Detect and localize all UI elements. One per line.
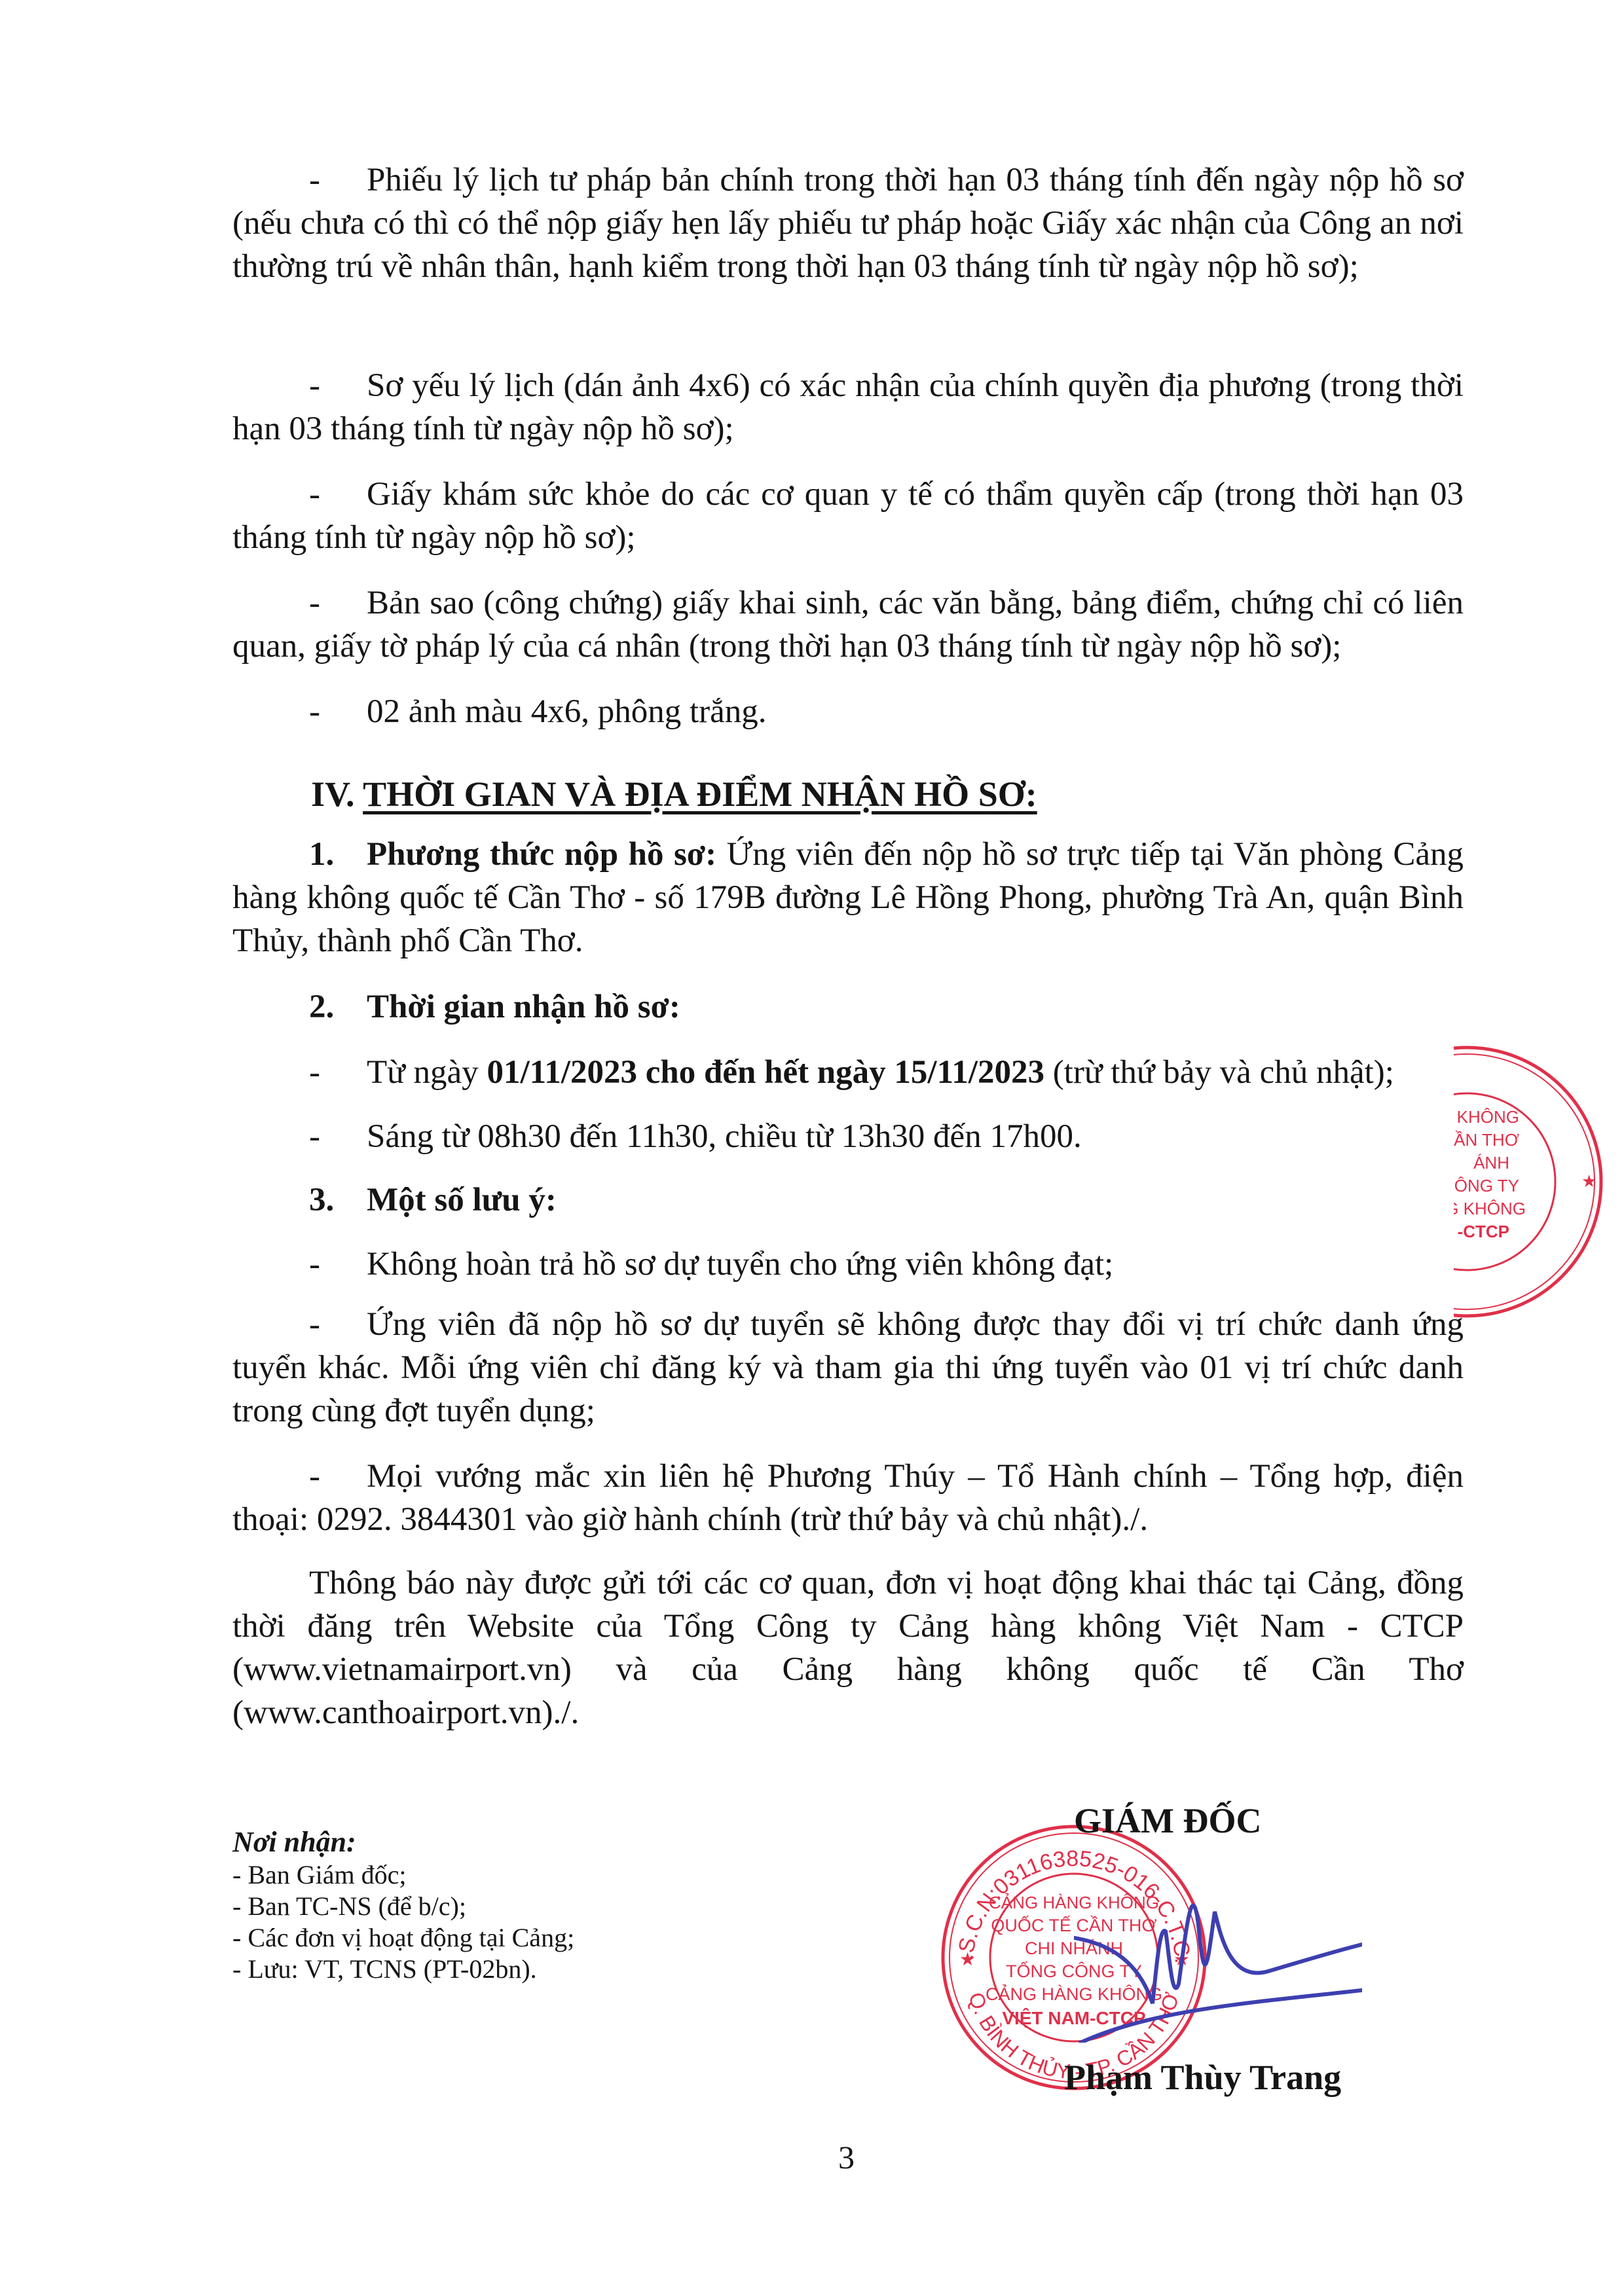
recipient-item: Ban Giám đốc; bbox=[232, 1859, 574, 1891]
item-label: Phương thức nộp hồ sơ: bbox=[367, 836, 716, 873]
requirement-text: Sơ yếu lý lịch (dán ảnh 4x6) có xác nhận… bbox=[232, 367, 1464, 447]
recipients-block: Nơi nhận: Ban Giám đốc; Ban TC-NS (để b/… bbox=[232, 1827, 574, 1985]
requirement-item-5: -02 ảnh màu 4x6, phông trắng. bbox=[232, 690, 1464, 733]
closing-paragraph: Thông báo này được gửi tới các cơ quan, … bbox=[232, 1561, 1464, 1734]
notes-heading: 3.Một số lưu ý: bbox=[232, 1178, 1464, 1222]
note-item-2: -Ứng viên đã nộp hồ sơ dự tuyển sẽ không… bbox=[232, 1303, 1464, 1432]
document-page: -Phiếu lý lịch tư pháp bản chính trong t… bbox=[0, 0, 1624, 2296]
note-item-3: -Mọi vướng mắc xin liên hệ Phương Thúy –… bbox=[232, 1455, 1464, 1541]
requirement-text: Bản sao (công chứng) giấy khai sinh, các… bbox=[232, 585, 1464, 665]
page-number: 3 bbox=[838, 2136, 855, 2179]
handwritten-signature bbox=[1074, 1846, 1362, 2043]
date-prefix: Từ ngày bbox=[367, 1054, 487, 1091]
note-text: Ứng viên đã nộp hồ sơ dự tuyển sẽ không … bbox=[232, 1306, 1464, 1429]
requirement-text: Phiếu lý lịch tư pháp bản chính trong th… bbox=[232, 162, 1464, 285]
note-text: Không hoàn trả hồ sơ dự tuyển cho ứng vi… bbox=[367, 1246, 1113, 1283]
receiving-date-range: -Từ ngày 01/11/2023 cho đến hết ngày 15/… bbox=[232, 1051, 1464, 1094]
item-label: Thời gian nhận hồ sơ: bbox=[367, 989, 680, 1025]
note-item-1: -Không hoàn trả hồ sơ dự tuyển cho ứng v… bbox=[232, 1243, 1464, 1286]
svg-text:ẦN THƠ: ẦN THƠ bbox=[1454, 1130, 1519, 1150]
bullet-dash: - bbox=[232, 690, 367, 733]
item-number: 3. bbox=[309, 1178, 367, 1222]
bullet-dash: - bbox=[232, 1115, 367, 1158]
recipient-item: Lưu: VT, TCNS (PT-02bn). bbox=[232, 1954, 574, 1985]
section-title: THỜI GIAN VÀ ĐỊA ĐIỂM NHẬN HỒ SƠ: bbox=[363, 774, 1037, 814]
receiving-hours: -Sáng từ 08h30 đến 11h30, chiều từ 13h30… bbox=[232, 1115, 1464, 1158]
requirement-item-3: -Giấy khám sức khỏe do các cơ quan y tế … bbox=[232, 473, 1464, 559]
bullet-dash: - bbox=[232, 364, 367, 407]
svg-text:KHÔNG: KHÔNG bbox=[1457, 1107, 1519, 1127]
stamp-star-left: ★ bbox=[959, 1950, 976, 1970]
note-text: Mọi vướng mắc xin liên hệ Phương Thúy – … bbox=[232, 1458, 1464, 1538]
svg-text:-CTCP: -CTCP bbox=[1458, 1222, 1509, 1241]
margin-seal-stamp: ★ KHÔNG ẦN THƠ ÁNH ÔNG TY G KHÔNG -CTCP bbox=[1454, 1038, 1624, 1326]
submission-method: 1.Phương thức nộp hồ sơ: Ứng viên đến nộ… bbox=[232, 833, 1464, 962]
item-number: 1. bbox=[309, 833, 367, 876]
svg-text:★: ★ bbox=[1581, 1172, 1596, 1191]
requirement-item-4: -Bản sao (công chứng) giấy khai sinh, cá… bbox=[232, 581, 1464, 668]
hours-text: Sáng từ 08h30 đến 11h30, chiều từ 13h30 … bbox=[367, 1118, 1082, 1155]
signature-title: GIÁM ĐỐC bbox=[1074, 1799, 1261, 1842]
bullet-dash: - bbox=[232, 1455, 367, 1498]
bullet-dash: - bbox=[232, 473, 367, 516]
section-number: IV. bbox=[311, 774, 355, 814]
date-range-bold: 01/11/2023 cho đến hết ngày 15/11/2023 bbox=[487, 1054, 1044, 1091]
svg-text:ÔNG TY: ÔNG TY bbox=[1454, 1176, 1519, 1195]
svg-text:G KHÔNG: G KHÔNG bbox=[1454, 1199, 1526, 1218]
bullet-dash: - bbox=[232, 1243, 367, 1286]
requirement-item-1: -Phiếu lý lịch tư pháp bản chính trong t… bbox=[232, 158, 1464, 288]
recipient-item: Ban TC-NS (để b/c); bbox=[232, 1891, 574, 1922]
item-label: Một số lưu ý: bbox=[367, 1182, 557, 1218]
closing-text: Thông báo này được gửi tới các cơ quan, … bbox=[232, 1565, 1464, 1731]
recipient-item: Các đơn vị hoạt động tại Cảng; bbox=[232, 1922, 574, 1954]
bullet-dash: - bbox=[232, 581, 367, 625]
receiving-time-heading: 2.Thời gian nhận hồ sơ: bbox=[232, 985, 1464, 1029]
svg-text:ÁNH: ÁNH bbox=[1473, 1153, 1509, 1173]
section-iv-heading: IV. THỜI GIAN VÀ ĐỊA ĐIỂM NHẬN HỒ SƠ: bbox=[311, 773, 1037, 816]
date-suffix: (trừ thứ bảy và chủ nhật); bbox=[1044, 1054, 1394, 1091]
bullet-dash: - bbox=[232, 1051, 367, 1094]
item-number: 2. bbox=[309, 985, 367, 1029]
signer-name: Phạm Thùy Trang bbox=[1064, 2056, 1341, 2099]
requirement-text: 02 ảnh màu 4x6, phông trắng. bbox=[367, 693, 766, 730]
requirement-item-2: -Sơ yếu lý lịch (dán ảnh 4x6) có xác nhậ… bbox=[232, 364, 1464, 450]
bullet-dash: - bbox=[232, 1303, 367, 1346]
requirement-text: Giấy khám sức khỏe do các cơ quan y tế c… bbox=[232, 476, 1464, 556]
bullet-dash: - bbox=[232, 158, 367, 202]
recipients-title: Nơi nhận: bbox=[232, 1827, 574, 1858]
